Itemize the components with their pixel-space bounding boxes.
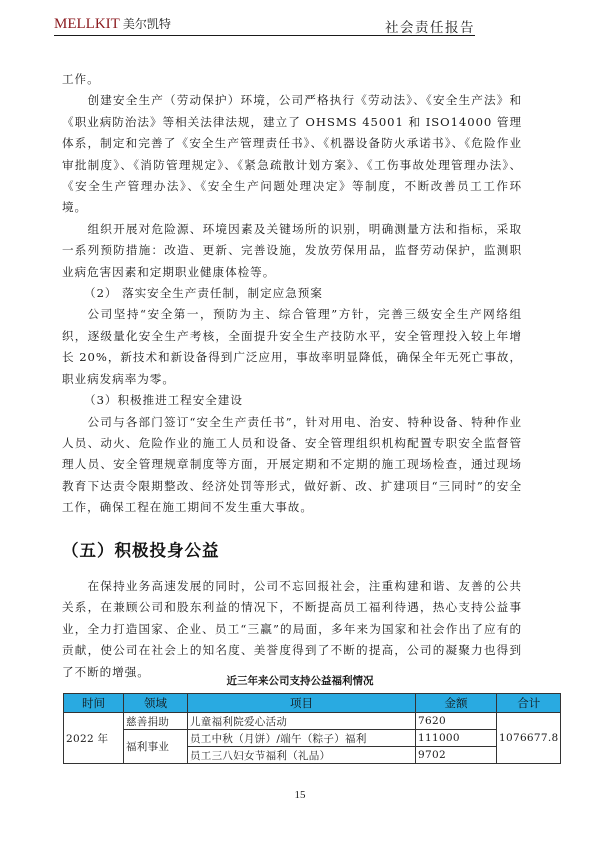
cell-field: 慈善捐助 <box>124 713 188 730</box>
section-title-public-welfare: （五）积极投身公益 <box>62 537 220 561</box>
cell-item: 员工三八妇女节福利（礼品） <box>188 747 416 764</box>
paragraph-public-welfare: 在保持业务高速发展的同时，公司不忘回报社会，注重构建和谐、友善的公共关系，在兼顾… <box>62 576 522 683</box>
page-number: 15 <box>0 789 600 801</box>
paragraph-engineering-safety: 公司与各部门签订“安全生产责任书”，针对用电、治安、特种设备、特种作业人员、动火… <box>62 412 522 519</box>
table-row: 2022 年 慈善捐助 儿童福利院爱心活动 7620 1076677.8 <box>64 713 561 730</box>
cell-amount: 111000 <box>416 730 497 747</box>
subheading-responsibility-system: （2） 落实安全生产责任制，制定应急预案 <box>62 283 522 304</box>
cell-year: 2022 年 <box>64 713 124 764</box>
paragraph-safety-policy: 公司坚持“安全第一，预防为主、综合管理”方针，完善三级安全生产网络组织，逐级量化… <box>62 304 522 390</box>
cell-item: 员工中秋（月饼）/端午（粽子）福利 <box>188 730 416 747</box>
paragraph-hazard-identification: 组织开展对危险源、环境因素及关键场所的识别，明确测量方法和指标，采取一系列预防措… <box>62 219 522 283</box>
paragraph-continuation: 工作。 <box>62 69 522 90</box>
column-header-item: 项目 <box>188 694 416 713</box>
cell-amount: 9702 <box>416 747 497 764</box>
column-header-amount: 金额 <box>416 694 497 713</box>
table-row: 福利事业 员工中秋（月饼）/端午（粽子）福利 111000 <box>64 730 561 747</box>
page-header: MELLKIT美尔凯特 社会责任报告 <box>54 13 475 33</box>
subheading-engineering-safety: （3）积极推进工程安全建设 <box>62 390 522 411</box>
table-header-row: 时间 领域 项目 金额 合计 <box>64 694 561 713</box>
brand-logo: MELLKIT美尔凯特 <box>54 16 171 32</box>
public-welfare-body: 在保持业务高速发展的同时，公司不忘回报社会，注重构建和谐、友善的公共关系，在兼顾… <box>62 576 522 683</box>
paragraph-safety-environment: 创建安全生产（劳动保护）环境，公司严格执行《劳动法》、《安全生产法》和《职业病防… <box>62 90 522 218</box>
column-header-time: 时间 <box>64 694 124 713</box>
cell-amount: 7620 <box>416 713 497 730</box>
brand-name-en: MELLKIT <box>54 16 120 32</box>
cell-item: 儿童福利院爱心活动 <box>188 713 416 730</box>
cell-field: 福利事业 <box>124 730 188 764</box>
column-header-total: 合计 <box>497 694 561 713</box>
cell-total: 1076677.8 <box>497 713 561 764</box>
header-divider <box>54 35 475 36</box>
welfare-table: 时间 领域 项目 金额 合计 2022 年 慈善捐助 儿童福利院爱心活动 762… <box>63 693 561 764</box>
brand-name-cn: 美尔凯特 <box>123 17 171 31</box>
table-caption: 近三年来公司支持公益福利情况 <box>0 673 600 688</box>
column-header-field: 领域 <box>124 694 188 713</box>
report-title: 社会责任报告 <box>385 16 475 36</box>
safety-section-body: 工作。 创建安全生产（劳动保护）环境，公司严格执行《劳动法》、《安全生产法》和《… <box>62 69 522 519</box>
